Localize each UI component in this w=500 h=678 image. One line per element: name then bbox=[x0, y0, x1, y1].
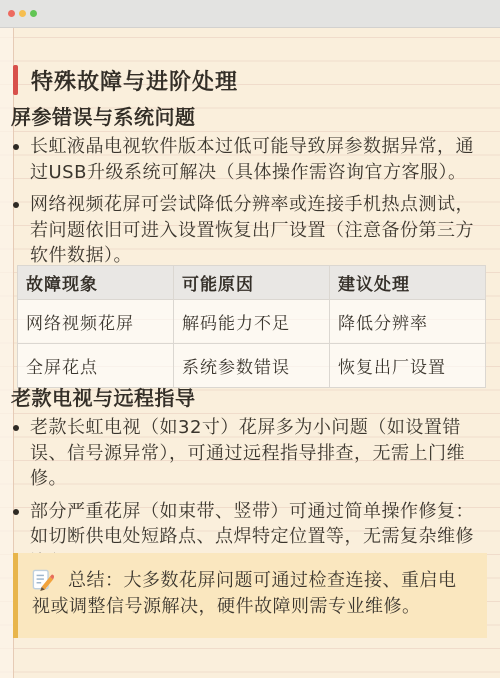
table-cell: 网络视频花屏 bbox=[18, 300, 174, 344]
table-row: 全屏花点 系统参数错误 恢复出厂设置 bbox=[18, 344, 486, 388]
page-title: 特殊故障与进阶处理 bbox=[31, 65, 238, 96]
table-header-row: 故障现象 可能原因 建议处理 bbox=[18, 266, 486, 300]
minimize-dot-icon[interactable] bbox=[19, 10, 26, 17]
fault-table: 故障现象 可能原因 建议处理 网络视频花屏 解码能力不足 降低分辨率 全屏花点 … bbox=[17, 265, 486, 388]
list-item-text: 老款长虹电视（如32寸）花屏多为小问题（如设置错误、信号源异常），可通过远程指导… bbox=[30, 415, 489, 492]
table-header-cell: 故障现象 bbox=[18, 266, 174, 300]
note-page: 特殊故障与进阶处理 屏参错误与系统问题 长虹液晶电视软件版本过低可能导致屏参数据… bbox=[0, 27, 500, 678]
table-row: 网络视频花屏 解码能力不足 降低分辨率 bbox=[18, 300, 486, 344]
screenshot-root: 特殊故障与进阶处理 屏参错误与系统问题 长虹液晶电视软件版本过低可能导致屏参数据… bbox=[0, 0, 500, 678]
bullet-icon bbox=[13, 202, 19, 208]
summary-paragraph: 总结：大多数花屏问题可通过检查连接、重启电视或调整信号源解决，硬件故障则需专业维… bbox=[32, 570, 457, 617]
bullet-icon bbox=[13, 144, 19, 150]
bullet-icon bbox=[13, 425, 19, 431]
list-item-text: 长虹液晶电视软件版本过低可能导致屏参数据异常，通过USB升级系统可解决（具体操作… bbox=[30, 134, 489, 185]
table-cell: 恢复出厂设置 bbox=[330, 344, 486, 388]
section-heading-screen-params: 屏参错误与系统问题 bbox=[11, 101, 196, 130]
list-item: 老款长虹电视（如32寸）花屏多为小问题（如设置错误、信号源异常），可通过远程指导… bbox=[13, 415, 489, 492]
bullet-list-screen-params: 长虹液晶电视软件版本过低可能导致屏参数据异常，通过USB升级系统可解决（具体操作… bbox=[13, 134, 489, 276]
close-dot-icon[interactable] bbox=[8, 10, 15, 17]
table-cell: 系统参数错误 bbox=[174, 344, 330, 388]
bullet-icon bbox=[13, 509, 19, 515]
table-cell: 降低分辨率 bbox=[330, 300, 486, 344]
table-cell: 全屏花点 bbox=[18, 344, 174, 388]
memo-icon bbox=[32, 569, 54, 591]
section-heading-old-tv: 老款电视与远程指导 bbox=[11, 382, 196, 411]
table-cell: 解码能力不足 bbox=[174, 300, 330, 344]
table-header-cell: 建议处理 bbox=[330, 266, 486, 300]
maximize-dot-icon[interactable] bbox=[30, 10, 37, 17]
list-item: 长虹液晶电视软件版本过低可能导致屏参数据异常，通过USB升级系统可解决（具体操作… bbox=[13, 134, 489, 185]
list-item-text: 网络视频花屏可尝试降低分辨率或连接手机热点测试，若问题依旧可进入设置恢复出厂设置… bbox=[30, 192, 489, 269]
page-title-row: 特殊故障与进阶处理 bbox=[13, 64, 238, 96]
summary-box: 总结：大多数花屏问题可通过检查连接、重启电视或调整信号源解决，硬件故障则需专业维… bbox=[13, 553, 487, 638]
title-accent-bar bbox=[13, 65, 18, 95]
window-titlebar bbox=[0, 0, 500, 28]
list-item: 网络视频花屏可尝试降低分辨率或连接手机热点测试，若问题依旧可进入设置恢复出厂设置… bbox=[13, 192, 489, 269]
table-header-cell: 可能原因 bbox=[174, 266, 330, 300]
summary-text: 总结：大多数花屏问题可通过检查连接、重启电视或调整信号源解决，硬件故障则需专业维… bbox=[32, 570, 457, 617]
